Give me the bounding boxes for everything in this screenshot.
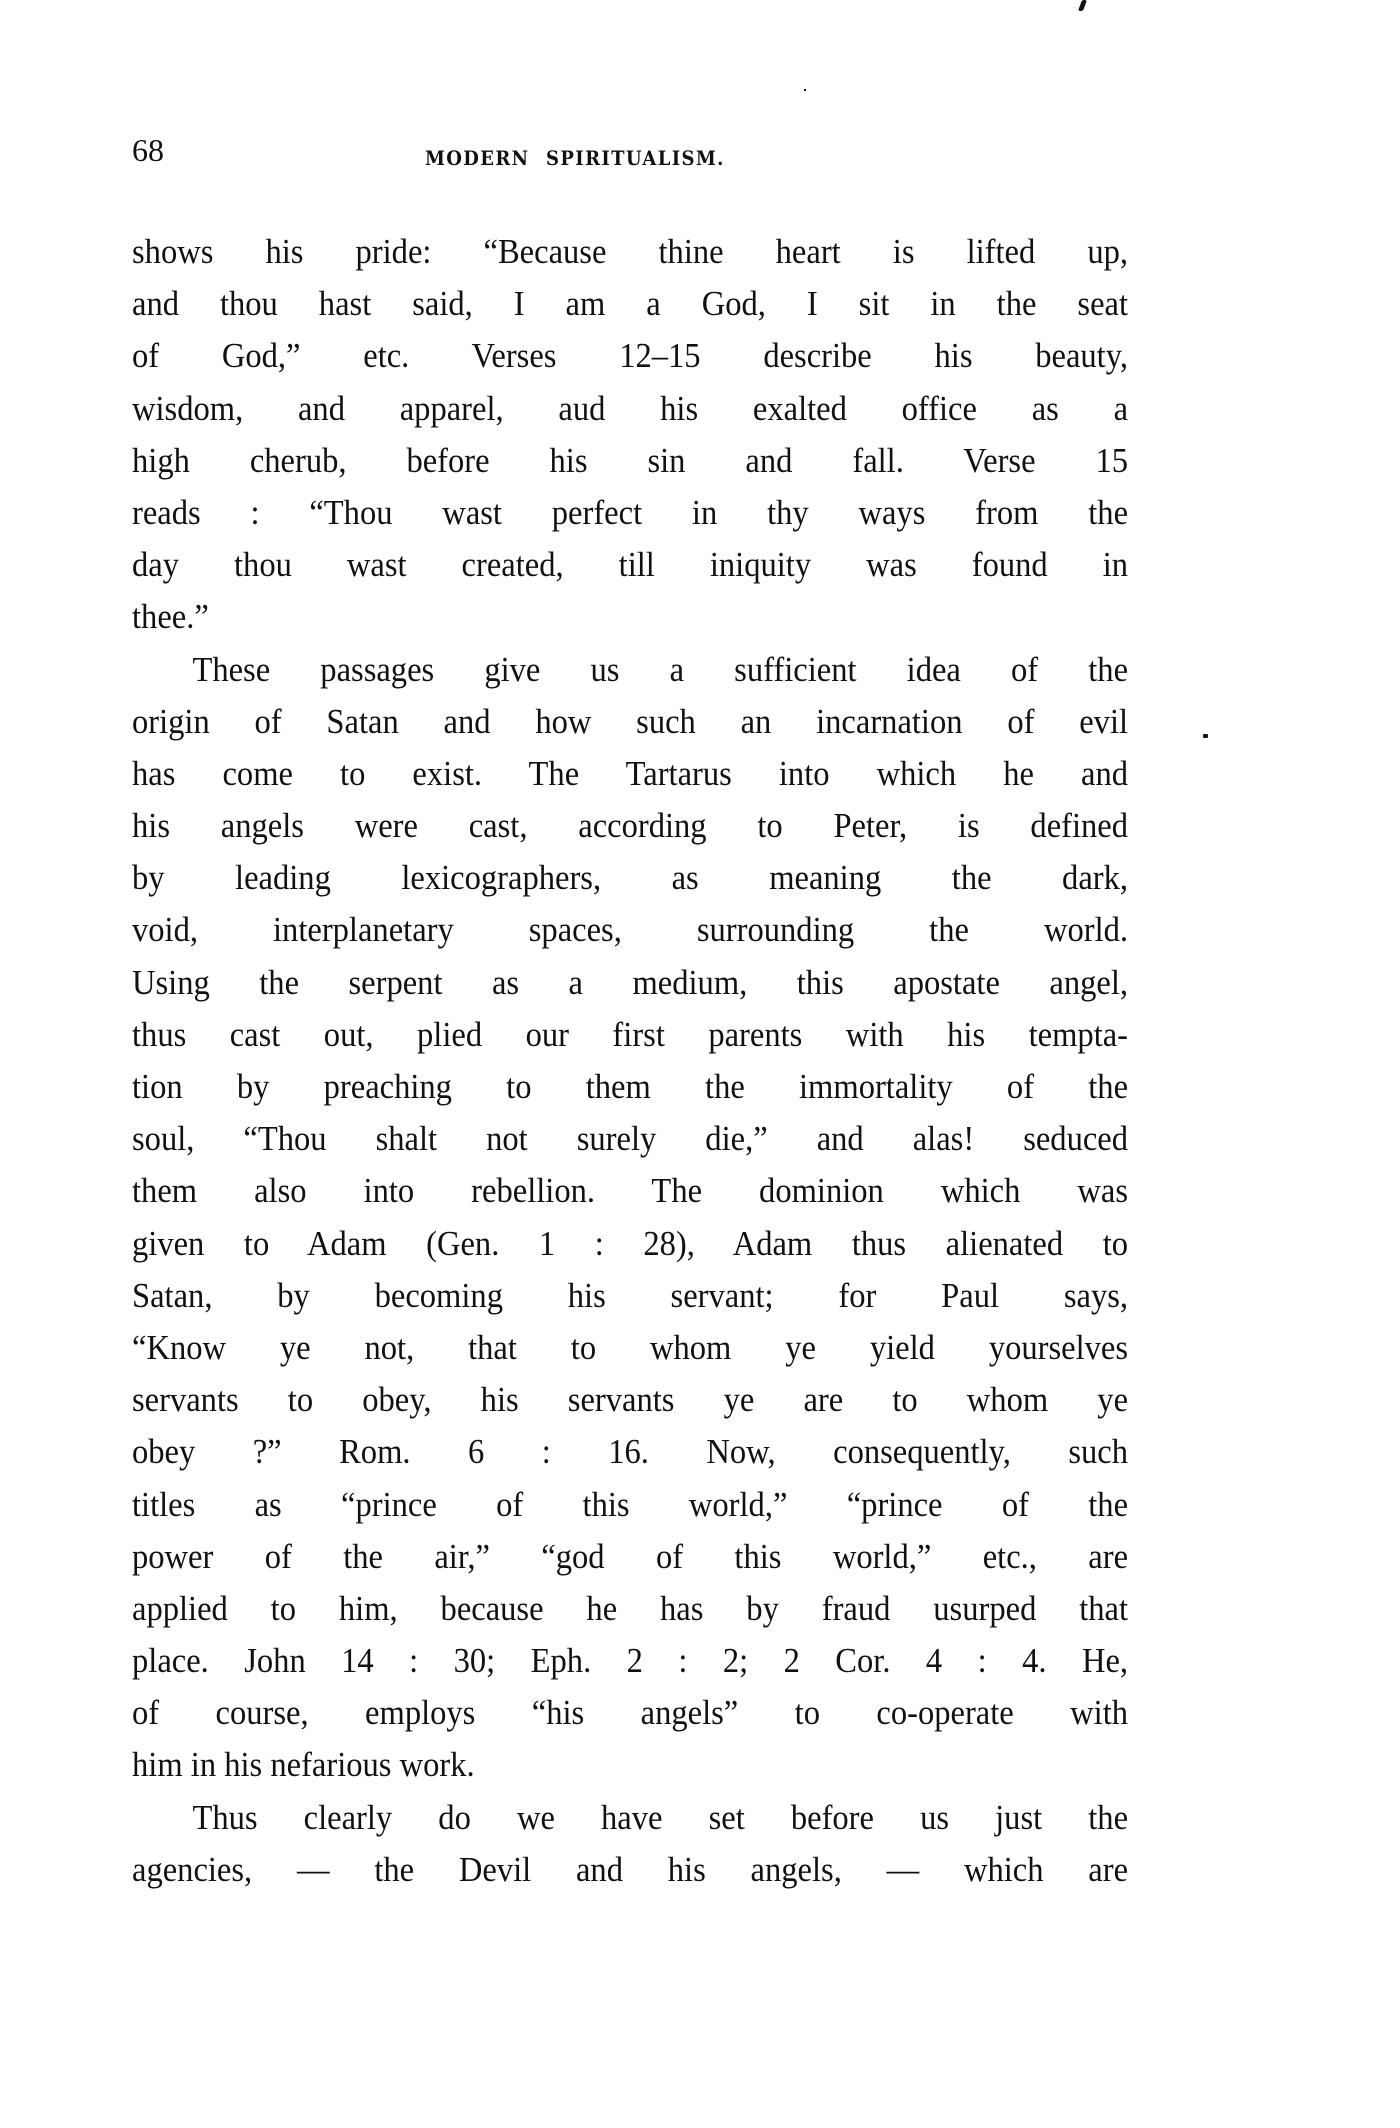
scan-artifact-dot: [804, 89, 806, 91]
text-line: soul, “Thou shalt not surely die,” and a…: [132, 1113, 1128, 1165]
text-line: Thus clearly do we have set before us ju…: [132, 1792, 1128, 1844]
running-header: 68 MODERN SPIRITUALISM.: [132, 134, 1128, 174]
text-line: obey ?” Rom. 6 : 16. Now, consequently, …: [132, 1426, 1128, 1478]
text-line: applied to him, because he has by fraud …: [132, 1583, 1128, 1635]
text-line: void, interplanetary spaces, surrounding…: [132, 904, 1128, 956]
text-line: origin of Satan and how such an incarnat…: [132, 696, 1128, 748]
text-line: servants to obey, his servants ye are to…: [132, 1374, 1128, 1426]
text-line: of God,” etc. Verses 12–15 describe his …: [132, 330, 1128, 382]
page-number: 68: [132, 134, 164, 166]
text-line: shows his pride: “Because thine heart is…: [132, 226, 1128, 278]
paragraph: shows his pride: “Because thine heart is…: [132, 226, 1128, 644]
body-text: shows his pride: “Because thine heart is…: [132, 226, 1128, 1896]
scan-artifact-dot: [1203, 734, 1208, 738]
text-line: wisdom, and apparel, aud his exalted off…: [132, 383, 1128, 435]
text-line: of course, employs “his angels” to co-op…: [132, 1687, 1128, 1739]
book-page: 68 MODERN SPIRITUALISM. shows his pride:…: [0, 0, 1400, 2128]
text-line: him in his nefarious work.: [132, 1739, 1128, 1791]
text-line: and thou hast said, I am a God, I sit in…: [132, 278, 1128, 330]
text-line: Satan, by becoming his servant; for Paul…: [132, 1270, 1128, 1322]
text-line: tion by preaching to them the immortalit…: [132, 1061, 1128, 1113]
text-line: “Know ye not, that to whom ye yield your…: [132, 1322, 1128, 1374]
text-line: thus cast out, plied our first parents w…: [132, 1009, 1128, 1061]
text-line: his angels were cast, according to Peter…: [132, 800, 1128, 852]
text-line: power of the air,” “god of this world,” …: [132, 1531, 1128, 1583]
text-line: given to Adam (Gen. 1 : 28), Adam thus a…: [132, 1218, 1128, 1270]
text-line: agencies, — the Devil and his angels, — …: [132, 1844, 1128, 1896]
text-line: thee.”: [132, 591, 1128, 643]
paragraph: These passages give us a sufficient idea…: [132, 644, 1128, 1792]
running-title: MODERN SPIRITUALISM.: [425, 146, 725, 170]
text-line: titles as “prince of this world,” “princ…: [132, 1479, 1128, 1531]
text-line: place. John 14 : 30; Eph. 2 : 2; 2 Cor. …: [132, 1635, 1128, 1687]
text-line: These passages give us a sufficient idea…: [132, 644, 1128, 696]
text-line: reads : “Thou wast perfect in thy ways f…: [132, 487, 1128, 539]
text-line: high cherub, before his sin and fall. Ve…: [132, 435, 1128, 487]
text-line: by leading lexicographers, as meaning th…: [132, 852, 1128, 904]
paragraph: Thus clearly do we have set before us ju…: [132, 1792, 1128, 1896]
scan-artifact-mark: [1078, 0, 1087, 11]
text-line: has come to exist. The Tartarus into whi…: [132, 748, 1128, 800]
text-line: them also into rebellion. The dominion w…: [132, 1165, 1128, 1217]
text-line: day thou wast created, till iniquity was…: [132, 539, 1128, 591]
text-line: Using the serpent as a medium, this apos…: [132, 957, 1128, 1009]
